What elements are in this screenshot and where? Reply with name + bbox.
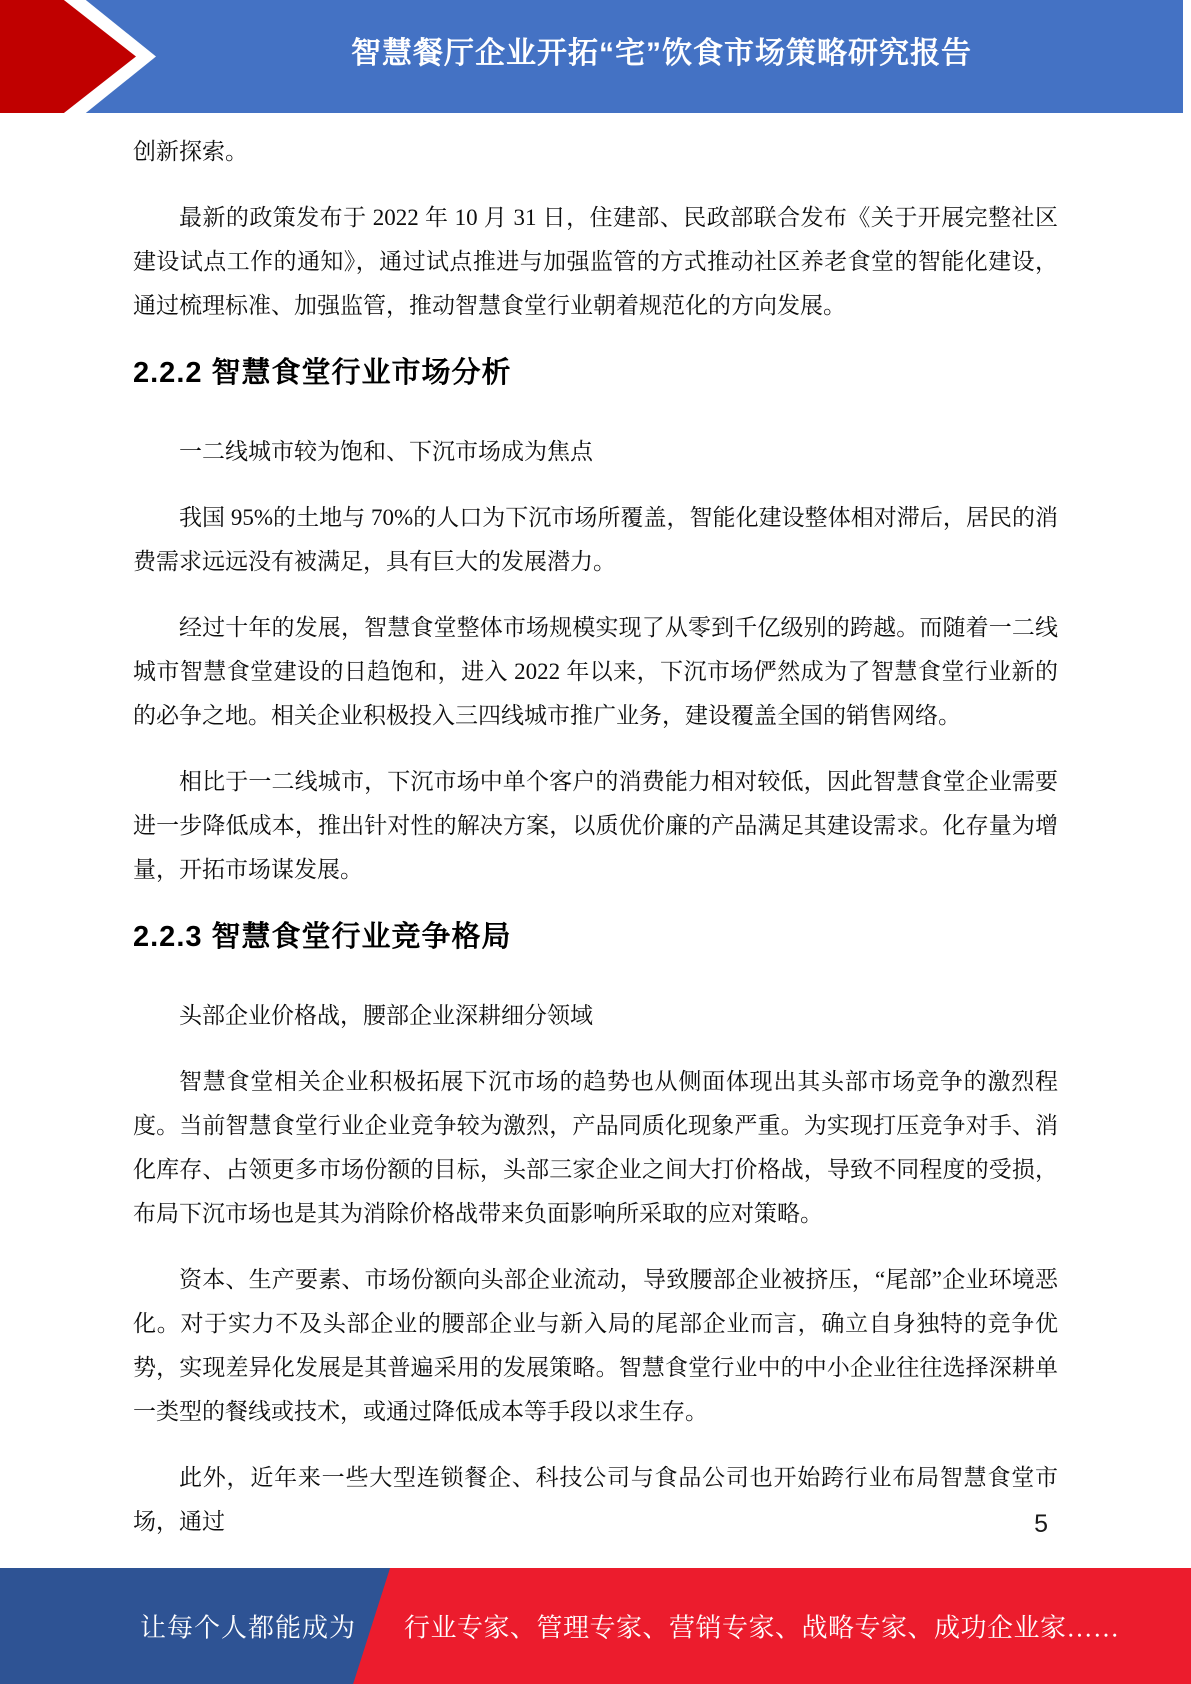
paragraph: 资本、生产要素、市场份额向头部企业流动，导致腰部企业被挤压，“尾部”企业环境恶化… xyxy=(133,1258,1058,1434)
document-body: 创新探索。 最新的政策发布于 2022 年 10 月 31 日，住建部、民政部联… xyxy=(133,130,1058,1566)
section-heading-223: 2.2.3 智慧食堂行业竞争格局 xyxy=(133,914,1058,960)
paragraph: 我国 95%的土地与 70%的人口为下沉市场所覆盖，智能化建设整体相对滞后，居民… xyxy=(133,496,1058,584)
page-number: 5 xyxy=(133,1510,1048,1539)
paragraph: 经过十年的发展，智慧食堂整体市场规模实现了从零到千亿级别的跨越。而随着一二线城市… xyxy=(133,606,1058,738)
footer-slogan-left: 让每个人都能成为 xyxy=(140,1608,356,1645)
paragraph: 创新探索。 xyxy=(133,130,1058,174)
sub-heading-line: 一二线城市较为饱和、下沉市场成为焦点 xyxy=(133,430,1058,474)
section-heading-222: 2.2.2 智慧食堂行业市场分析 xyxy=(133,350,1058,396)
report-page: 智慧餐厅企业开拓“宅”饮食市场策略研究报告 创新探索。 最新的政策发布于 202… xyxy=(0,0,1191,1684)
chevron-right-icon xyxy=(0,0,136,113)
report-title: 智慧餐厅企业开拓“宅”饮食市场策略研究报告 xyxy=(180,28,1143,72)
paragraph: 智慧食堂相关企业积极拓展下沉市场的趋势也从侧面体现出其头部市场竞争的激烈程度。当… xyxy=(133,1060,1058,1236)
paragraph: 相比于一二线城市，下沉市场中单个客户的消费能力相对较低，因此智慧食堂企业需要进一… xyxy=(133,760,1058,892)
paragraph: 最新的政策发布于 2022 年 10 月 31 日，住建部、民政部联合发布《关于… xyxy=(133,196,1058,328)
footer-banner: 让每个人都能成为 行业专家、管理专家、营销专家、战略专家、成功企业家…… xyxy=(0,1568,1191,1684)
footer-slogan-right: 行业专家、管理专家、营销专家、战略专家、成功企业家…… xyxy=(404,1608,1120,1645)
sub-heading-line: 头部企业价格战，腰部企业深耕细分领域 xyxy=(133,994,1058,1038)
header-banner: 智慧餐厅企业开拓“宅”饮食市场策略研究报告 xyxy=(0,0,1183,113)
